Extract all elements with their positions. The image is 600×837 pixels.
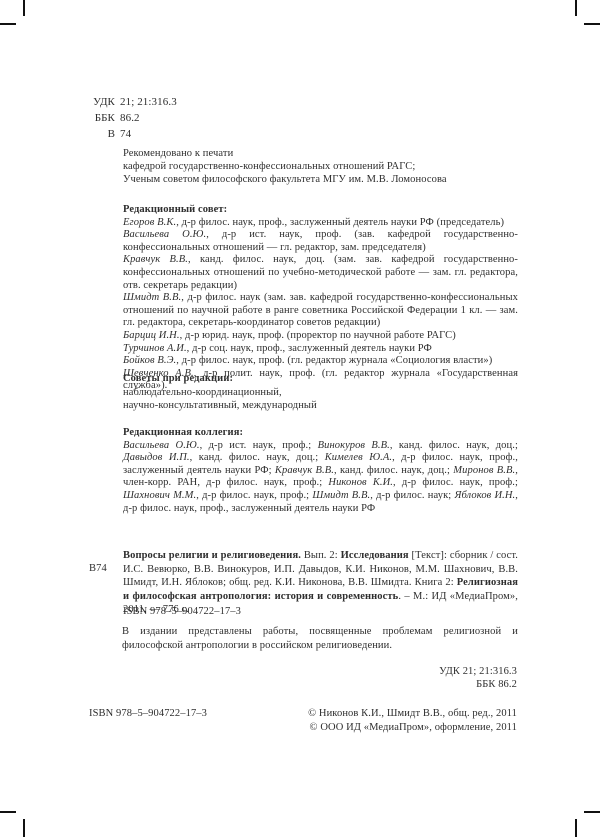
board-segment: , д-р филос. наук, проф.; <box>196 490 312 501</box>
board-segment: Кимелев Ю.А. <box>325 452 392 463</box>
member-desc: , д-р филос. наук, проф., заслуженный де… <box>176 217 504 228</box>
board-segment: Шмидт В.В. <box>312 490 370 501</box>
board-segment: Яблоков И.Н. <box>454 490 515 501</box>
board-segment: Винокуров В.В. <box>318 440 390 451</box>
book-imprint-page: УДК21; 21:316.3ББК86.2В74 Рекомендовано … <box>0 0 600 837</box>
council-member: Турчинов А.И., д-р соц. наук, проф., зас… <box>123 343 518 356</box>
board-segment: Давыдов И.П. <box>123 452 190 463</box>
board-segment: Кравчук В.В. <box>275 465 334 476</box>
council-member: Барциц И.Н., д-р юрид. наук, проф. (прор… <box>123 330 518 343</box>
bottom-code-line: УДК 21; 21:316.3 <box>439 666 517 679</box>
member-desc: , д-р юрид. наук, проф. (проректор по на… <box>180 330 456 341</box>
crop-mark-top-right-horizontal <box>584 23 600 25</box>
code-label: УДК <box>89 94 115 110</box>
crop-mark-top-right-vertical <box>575 0 577 16</box>
code-row: УДК21; 21:316.3 <box>89 94 177 110</box>
council-member: Бойков В.Э., д-р филос. наук, проф. (гл.… <box>123 355 518 368</box>
crop-mark-bottom-left-horizontal <box>0 811 16 813</box>
advisory-councils-list: наблюдательно-координационный,научно-кон… <box>123 386 317 413</box>
advisory-council-line: научно-консультативный, международный <box>123 399 317 413</box>
member-desc: , д-р филос. наук, проф. (гл. редактор ж… <box>176 355 492 366</box>
editorial-council-members: Егоров В.К., д-р филос. наук, проф., зас… <box>123 217 518 393</box>
recommendation-line: кафедрой государственно-конфессиональных… <box>123 160 447 173</box>
editorial-council-heading: Редакционный совет: <box>123 204 518 217</box>
print-recommendation: Рекомендовано к печатикафедрой государст… <box>123 147 447 186</box>
code-row: ББК86.2 <box>89 110 177 126</box>
copyright-block: © Никонов К.И., Шмидт В.В., общ. ред., 2… <box>308 707 517 734</box>
copyright-line: © ООО ИД «МедиаПром», оформление, 2011 <box>308 721 517 735</box>
board-segment: Никонов К.И. <box>328 477 393 488</box>
crop-mark-top-left-vertical <box>23 0 25 16</box>
council-member: Кравчук В.В., канд. филос. наук, доц. (з… <box>123 254 518 292</box>
code-value: 86.2 <box>120 112 140 124</box>
code-value: 21; 21:316.3 <box>120 96 177 108</box>
member-name: Барциц И.Н. <box>123 330 180 341</box>
member-name: Васильева О.Ю. <box>123 229 206 240</box>
crop-mark-top-left-horizontal <box>0 23 16 25</box>
bottom-code-line: ББК 86.2 <box>439 679 517 692</box>
board-segment: , д-р филос. наук; <box>370 490 454 501</box>
member-name: Бойков В.Э. <box>123 355 176 366</box>
council-member: Шмидт В.В., д-р филос. наук (зам. зав. к… <box>123 292 518 330</box>
board-segment: , д-р ист. наук, проф.; <box>200 440 318 451</box>
board-segment: Миронов В.В. <box>453 465 515 476</box>
code-value: 74 <box>120 128 131 140</box>
council-member: Егоров В.К., д-р филос. наук, проф., зас… <box>123 217 518 230</box>
board-segment: Васильева О.Ю. <box>123 440 200 451</box>
annotation-text: В издании представлены работы, посвященн… <box>122 625 518 652</box>
catalog-segment: Вопросы религии и религиоведения. <box>123 550 301 561</box>
advisory-councils-section: Советы при редакции: наблюдательно-коорд… <box>123 372 317 413</box>
member-desc: , д-р соц. наук, проф., заслуженный деят… <box>187 343 432 354</box>
member-name: Шмидт В.В. <box>123 292 181 303</box>
member-name: Кравчук В.В. <box>123 254 188 265</box>
advisory-council-line: наблюдательно-координационный, <box>123 386 317 400</box>
board-segment: , канд. филос. наук, доц.; <box>390 440 518 451</box>
catalog-segment: Исследования <box>341 550 409 561</box>
copyright-line: © Никонов К.И., Шмидт В.В., общ. ред., 2… <box>308 707 517 721</box>
editorial-board-section: Редакционная коллегия: Васильева О.Ю., д… <box>123 427 518 515</box>
member-desc: , д-р филос. наук (зам. зав. кафедрой го… <box>123 292 518 328</box>
crop-mark-bottom-left-vertical <box>23 819 25 837</box>
board-segment: , канд. филос. наук, доц.; <box>334 465 453 476</box>
code-row: В74 <box>89 126 177 142</box>
editorial-board-heading: Редакционная коллегия: <box>123 427 518 440</box>
crop-mark-bottom-right-horizontal <box>584 811 600 813</box>
bottom-classification-codes: УДК 21; 21:316.3ББК 86.2 <box>439 666 517 691</box>
catalog-segment: Вып. 2: <box>301 550 341 561</box>
margin-author-code: В74 <box>89 563 107 574</box>
board-segment: , д-р филос. наук, проф.; <box>393 477 518 488</box>
member-name: Турчинов А.И. <box>123 343 187 354</box>
board-segment: Шахнович М.М. <box>123 490 196 501</box>
member-name: Егоров В.К. <box>123 217 176 228</box>
code-label: ББК <box>89 110 115 126</box>
recommendation-line: Рекомендовано к печати <box>123 147 447 160</box>
board-segment: , канд. филос. наук, доц.; <box>190 452 325 463</box>
crop-mark-bottom-right-vertical <box>575 819 577 837</box>
recommendation-line: Ученым советом философского факультета М… <box>123 173 447 186</box>
editorial-board-list: Васильева О.Ю., д-р ист. наук, проф.; Ви… <box>123 440 518 516</box>
advisory-councils-heading: Советы при редакции: <box>123 372 317 386</box>
council-member: Васильева О.Ю., д-р ист. наук, проф. (за… <box>123 229 518 254</box>
top-classification-codes: УДК21; 21:316.3ББК86.2В74 <box>89 94 177 142</box>
catalog-isbn: ISBN 978–5–904722–17–3 <box>123 605 241 618</box>
code-label: В <box>89 126 115 142</box>
editorial-council-section: Редакционный совет: Егоров В.К., д-р фил… <box>123 204 518 393</box>
footer-isbn: ISBN 978–5–904722–17–3 <box>89 707 207 720</box>
